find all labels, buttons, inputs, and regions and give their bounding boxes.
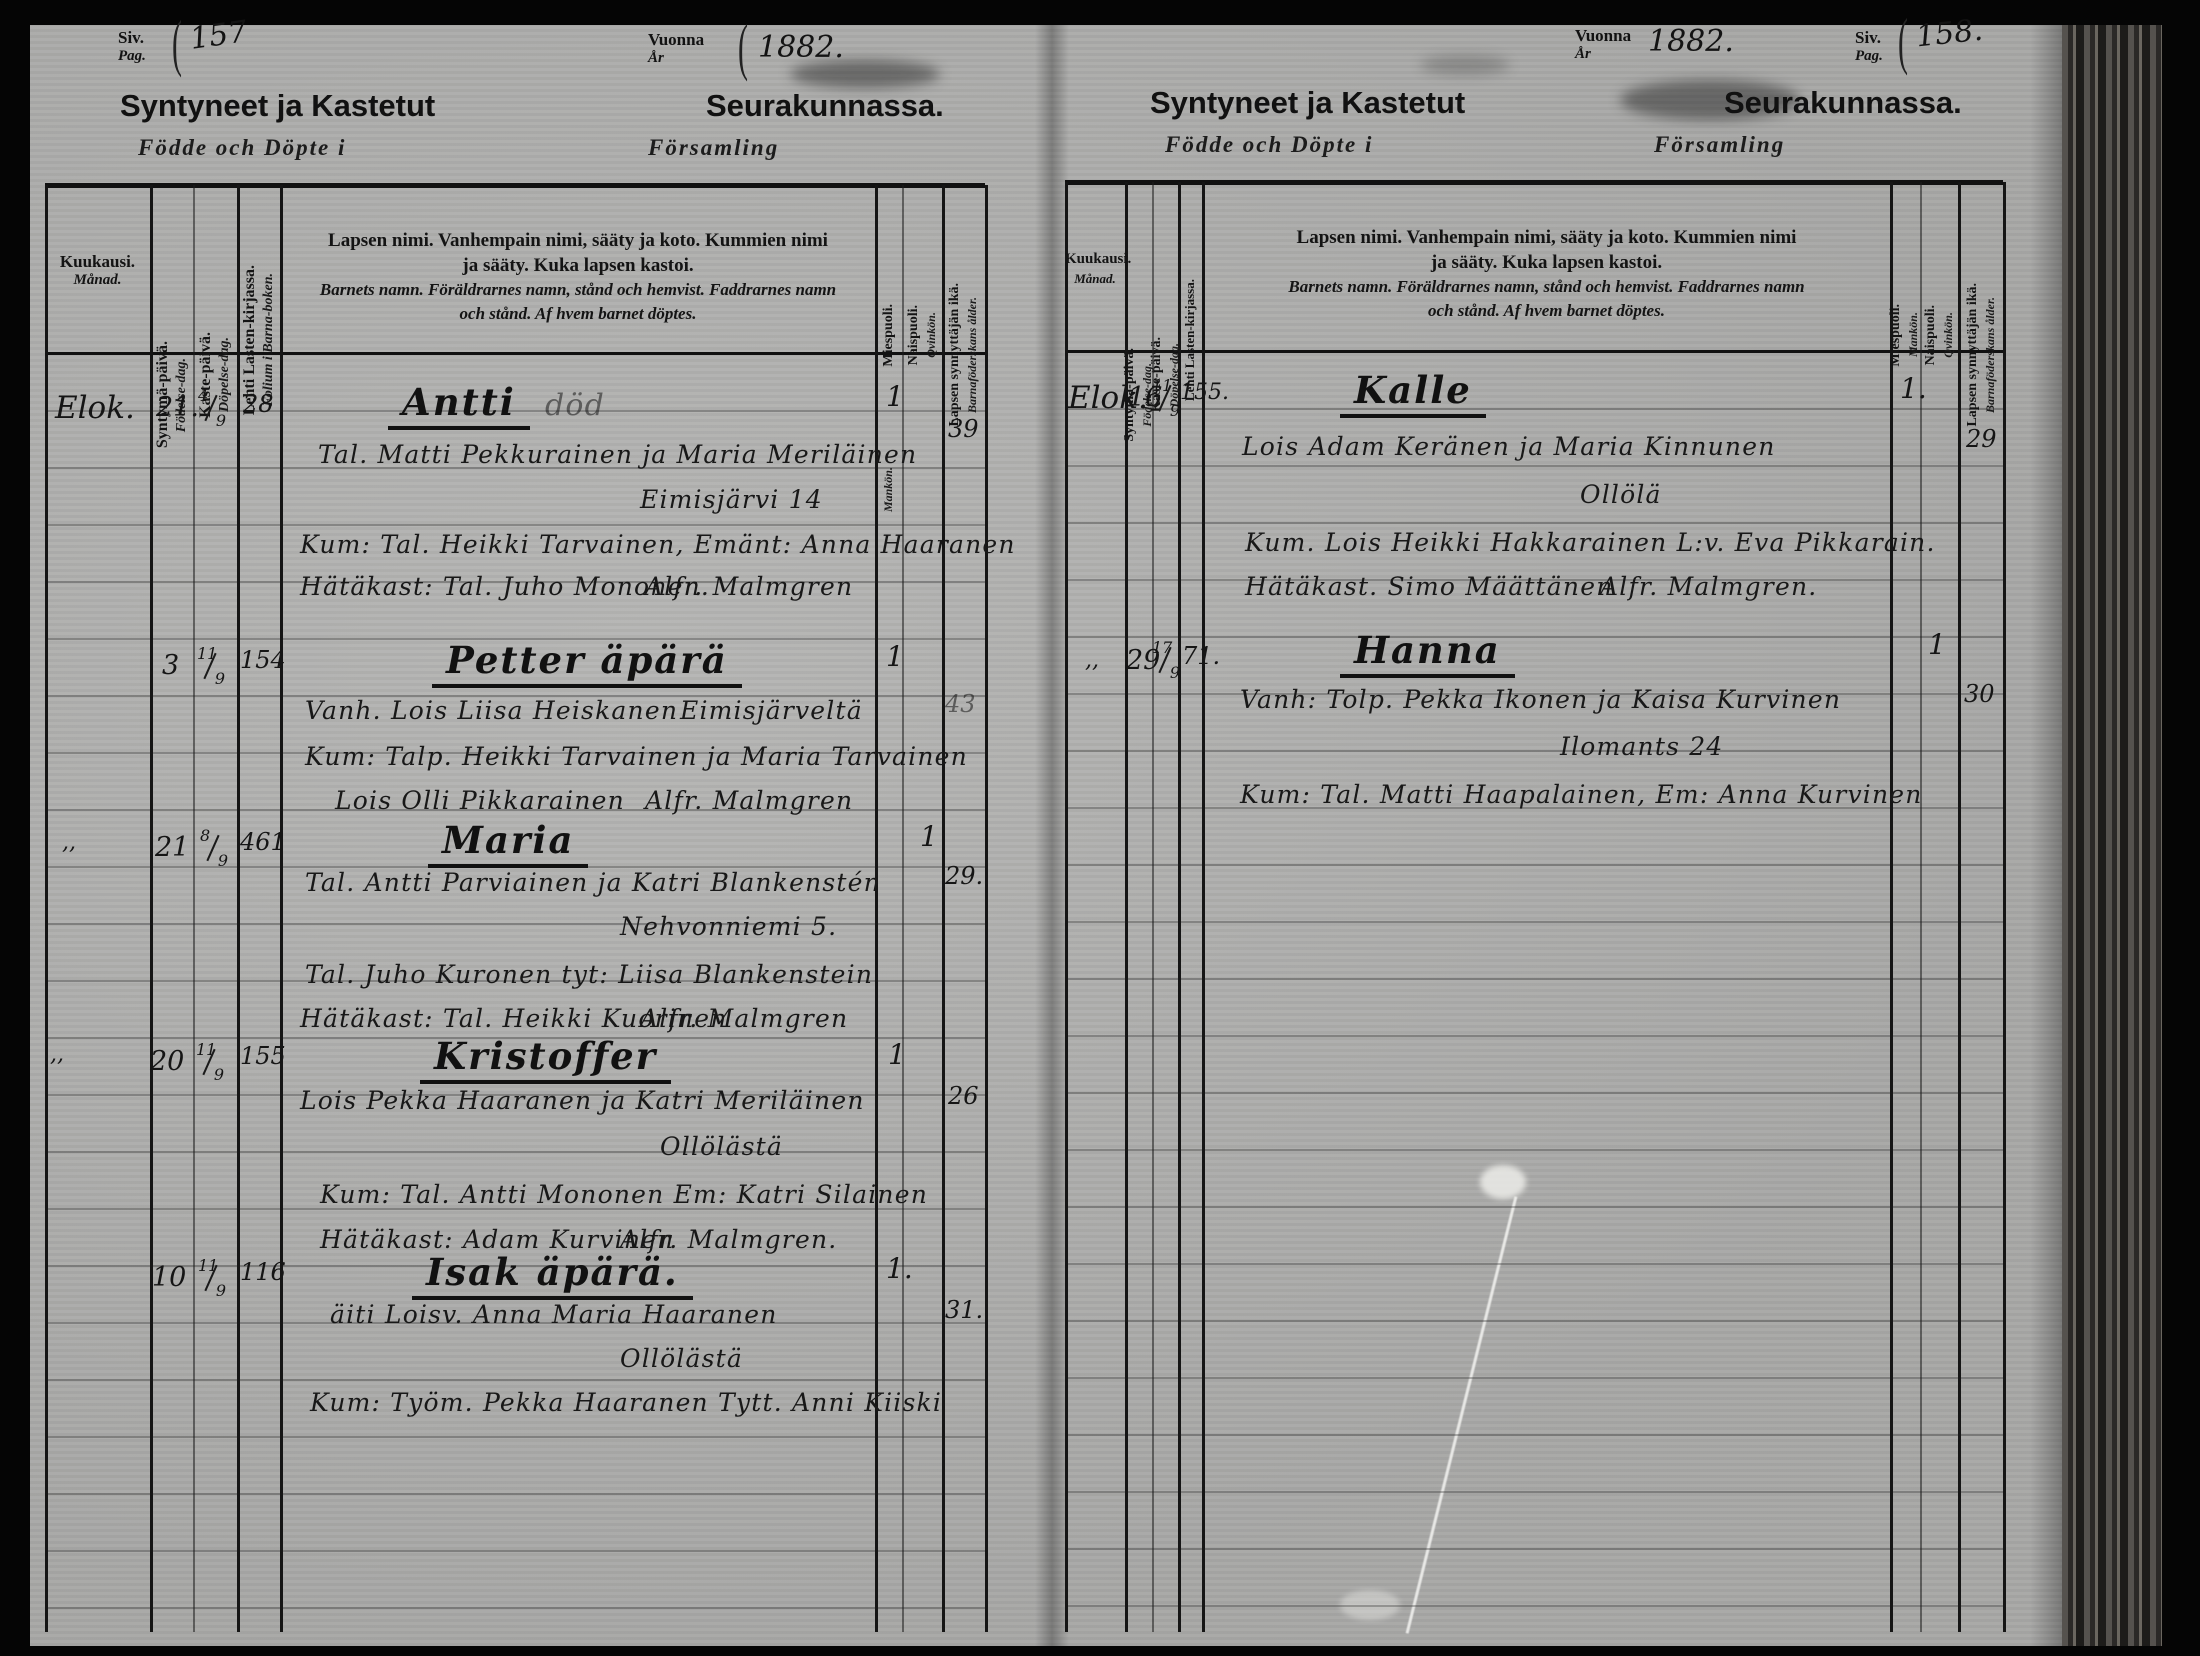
entry-line: Kum: Tal. Antti Mononen Em: Katri Silain… (320, 1180, 928, 1209)
entry-line: Ollölä (1580, 480, 1662, 509)
entry-birth-day: 3 (162, 650, 179, 681)
col-female-sv: Qvinkön. (924, 312, 939, 358)
year-handwritten: 1882. (758, 30, 844, 65)
page-number-brace: ( (172, 9, 182, 80)
entry-folio: 116 (240, 1258, 286, 1286)
entry-line: Lois Adam Keränen ja Maria Kinnunen (1242, 432, 1776, 461)
entry-line: Tal. Juho Kuronen tyt: Liisa Blankenstei… (305, 960, 873, 989)
page-title2-sv: Församling (1654, 132, 1785, 158)
page-number-labels: Siv. Pag. (118, 28, 146, 66)
entry-baptism-date: 119 (198, 1260, 226, 1296)
entry-line: Eimisjärveltä (680, 696, 863, 725)
baptism-day: 8 (200, 826, 210, 845)
entry-month: Elok. (55, 390, 135, 426)
col-female-sv: Qvinkön. (1941, 312, 1956, 358)
child-name: Antti (388, 380, 530, 430)
mother-age: 26 (948, 1082, 979, 1110)
male-tally: 1. (886, 1252, 913, 1285)
page-number-brace: ( (1898, 7, 1908, 78)
entry-folio: 154 (240, 646, 286, 674)
col-baptday: Kaste-päivä. Döpelse-dag. (1152, 195, 1178, 555)
mother-age: 29 (1966, 425, 1997, 453)
baptism-month: 9 (216, 1281, 226, 1300)
siv-label: Siv. (118, 28, 146, 47)
col-female: Naispuoli. Qvinkön. (903, 195, 942, 475)
entry-line: Tal. Antti Parviainen ja Katri Blankenst… (305, 868, 881, 897)
page-title2-fi: Seurakunnassa. (1724, 85, 1962, 121)
mother-age: 29. (945, 862, 983, 890)
baptism-month: 9 (214, 1065, 224, 1084)
table-line (985, 185, 988, 1632)
year-labels: Vuonna År (648, 30, 704, 68)
scanned-register-spread: Siv. Pag. ( 157 Vuonna År ( 1882. Syntyn… (0, 0, 2200, 1656)
entry-birth-day: 20 (150, 1046, 184, 1077)
entry-line: Kum: Tal. Heikki Tarvainen, Emänt: Anna … (300, 530, 1016, 559)
entry-line: Nehvonniemi 5. (620, 912, 837, 941)
page-title-sv: Födde och Döpte i (1165, 132, 1373, 158)
baptism-month: 9 (1170, 401, 1180, 420)
col-age: Lapsen synnyttäjän ikä. Barnaföderskans … (941, 190, 985, 520)
entry-folio: 155 (240, 1042, 286, 1070)
col-age: Lapsen synnyttäjän ikä. Barnaföderskans … (1959, 190, 2003, 520)
col-male-sv-label: Mankön. (881, 467, 896, 512)
baptism-month: 9 (216, 411, 226, 430)
mother-age: 30 (1964, 680, 1995, 708)
col-age-fi: Lapsen synnyttäjän ikä. (947, 283, 963, 427)
col-main-fi1: Lapsen nimi. Vanhempain nimi, sääty ja k… (1205, 225, 1888, 250)
entry-line: Kum: Työm. Pekka Haaranen Tytt. Anni Kii… (310, 1388, 942, 1417)
entry-folio: 71. (1182, 642, 1220, 670)
ar-label: År (648, 49, 704, 68)
ink-smudge (1420, 55, 1510, 75)
entry-line: Kum. Lois Heikki Hakkarainen L:v. Eva Pi… (1245, 528, 1936, 557)
child-name: Hanna (1340, 628, 1515, 678)
page-title-fi: Syntyneet ja Kastetut (1150, 85, 1465, 121)
entry-line: Hätäkast. Simo Määttänen (1245, 572, 1614, 601)
col-age-sv: Barnaföderskans ålder. (1983, 297, 1998, 413)
col-month-sv: Månad. (45, 271, 150, 290)
entry-line: Eimisjärvi 14 (640, 485, 823, 514)
entry-birth-day: 10 (152, 1262, 186, 1293)
mother-age: 43 (945, 690, 976, 718)
entry-line: Lois Olli Pikkarainen (335, 786, 625, 815)
col-baptday: Kaste-päivä. Döpelse-dag. (193, 195, 237, 555)
child-name-note: död (545, 388, 605, 423)
female-tally: 1 (920, 820, 938, 853)
entry-birth-day: 21. (156, 392, 199, 423)
entry-line: Tal. Matti Pekkurainen ja Maria Meriläin… (318, 440, 917, 469)
child-name: Kalle (1340, 368, 1486, 418)
book-edge-texture (2062, 25, 2162, 1646)
col-female: Naispuoli. Qvinkön. (1921, 195, 1958, 475)
entry-baptism-date: 179 (1152, 642, 1180, 678)
col-age-sv: Barnaföderskans ålder. (965, 297, 980, 413)
col-male-fi: Miespuoli. (881, 304, 897, 367)
col-main-sv1: Barnets namn. Föräldrarnes namn, stånd o… (283, 278, 873, 302)
vuonna-label: Vuonna (1575, 26, 1631, 45)
entry-line: Vanh. Lois Liisa Heiskanen (305, 696, 678, 725)
vuonna-label: Vuonna (648, 30, 704, 49)
page-number-labels: Siv. Pag. (1855, 28, 1883, 66)
female-tally: 1 (1928, 628, 1946, 661)
entry-baptism-date: 49 (198, 390, 226, 426)
entry-line: Lois Pekka Haaranen ja Katri Meriläinen (300, 1086, 865, 1115)
baptism-month: 9 (1170, 663, 1180, 682)
col-main-sv2: och stånd. Af hvem barnet döptes. (283, 302, 873, 326)
year-handwritten: 1882. (1648, 24, 1734, 59)
page-title-fi: Syntyneet ja Kastetut (120, 88, 435, 124)
entry-month-ditto: ,, (62, 830, 76, 855)
entry-line: äiti Loisv. Anna Maria Haaranen (330, 1300, 778, 1329)
col-folio: Lehti Lasten-kirjassa. (1178, 190, 1202, 490)
pag-label: Pag. (1855, 47, 1883, 66)
page-number-handwritten: 158. (1914, 13, 1984, 55)
entry-line: Ollölästä (620, 1344, 743, 1373)
page-title-sv: Födde och Döpte i (138, 135, 346, 161)
col-month: Kuukausi. Månad. (45, 252, 150, 290)
entry-line-baptizer: Alfr. Malmgren (645, 786, 853, 815)
col-female-fi: Naispuoli. (1923, 305, 1939, 365)
col-male-fi: Miespuoli. (1888, 304, 1904, 367)
col-main-fi2: ja sääty. Kuka lapsen kastoi. (1205, 250, 1888, 275)
child-name: Kristoffer (420, 1034, 671, 1084)
child-name: Petter äpärä (432, 638, 742, 688)
entry-line-baptizer: Alfr. Malmgren (640, 1004, 848, 1033)
baptism-month: 9 (218, 851, 228, 870)
entry-line: Kum: Talp. Heikki Tarvainen ja Maria Tar… (305, 742, 968, 771)
col-main-sv1: Barnets namn. Föräldrarnes namn, stånd o… (1205, 275, 1888, 299)
entry-month-ditto: ,, (1085, 648, 1099, 673)
ar-label: År (1575, 45, 1631, 64)
entry-month-ditto: ,, (50, 1042, 64, 1067)
col-main: Lapsen nimi. Vanhempain nimi, sääty ja k… (283, 228, 873, 326)
col-month-sv: Månad. (1065, 269, 1125, 288)
year-brace: ( (738, 13, 748, 84)
child-name: Isak äpärä. (412, 1250, 693, 1300)
entry-baptism-date: 119 (196, 1044, 224, 1080)
col-female-fi: Naispuoli. (906, 305, 922, 365)
entry-line: Kum: Tal. Matti Haapalainen, Em: Anna Ku… (1240, 780, 1923, 809)
pag-label: Pag. (118, 47, 146, 66)
col-main: Lapsen nimi. Vanhempain nimi, sääty ja k… (1205, 225, 1888, 323)
col-main-sv2: och stånd. Af hvem barnet döptes. (1205, 299, 1888, 323)
male-tally: 1 (886, 640, 904, 673)
col-main-fi2: ja sääty. Kuka lapsen kastoi. (283, 253, 873, 278)
baptism-month: 9 (215, 669, 225, 688)
entry-baptism-date: 119 (1152, 380, 1180, 416)
entry-line-baptizer: Alfr. Malmgren (645, 572, 853, 601)
entry-birth-day: 21 (155, 832, 189, 863)
entry-baptism-date: 89 (200, 830, 228, 866)
entry-line: Vanh: Tolp. Pekka Ikonen ja Kaisa Kurvin… (1240, 685, 1841, 714)
col-male-sv-label: Mankön. (1906, 312, 1921, 357)
mother-age: 31. (945, 1296, 983, 1324)
col-month: Kuukausi. Månad. (1065, 250, 1125, 288)
entry-line-baptizer: Alfr. Malmgren. (1600, 572, 1817, 601)
entry-line: Ollölästä (660, 1132, 783, 1161)
male-tally: 1 (886, 380, 904, 413)
col-month-fi: Kuukausi. (1065, 250, 1125, 269)
table-top-border (45, 183, 985, 188)
entry-folio: 155. (1180, 380, 1229, 405)
entry-line: Ilomants 24 (1560, 732, 1723, 761)
entry-folio: 461 (240, 828, 286, 856)
col-male: Miespuoli. Mankön. (1889, 195, 1920, 475)
col-age-fi: Lapsen synnyttäjän ikä. (1965, 283, 1981, 427)
col-main-fi1: Lapsen nimi. Vanhempain nimi, sääty ja k… (283, 228, 873, 253)
table-line (2003, 182, 2006, 1632)
male-tally: 1. (1900, 372, 1927, 405)
siv-label: Siv. (1855, 28, 1883, 47)
mother-age: 39 (948, 415, 979, 443)
year-labels: Vuonna År (1575, 26, 1631, 64)
entry-folio: 28 (243, 390, 274, 418)
baptism-day: 4 (198, 386, 208, 405)
page-title2-sv: Församling (648, 135, 779, 161)
col-folio: Lehti Lasten-kirjassa. Folium i Barna-bo… (237, 190, 280, 490)
table-top-border (1065, 180, 2003, 185)
male-tally: 1 (888, 1038, 906, 1071)
entry-baptism-date: 119 (197, 648, 225, 684)
book-gutter-shadow (1035, 25, 1069, 1646)
col-folio-sv: Folium i Barna-boken. (261, 273, 277, 406)
child-name: Maria (428, 818, 588, 868)
col-month-fi: Kuukausi. (45, 252, 150, 271)
page-title2-fi: Seurakunnassa. (706, 88, 944, 124)
